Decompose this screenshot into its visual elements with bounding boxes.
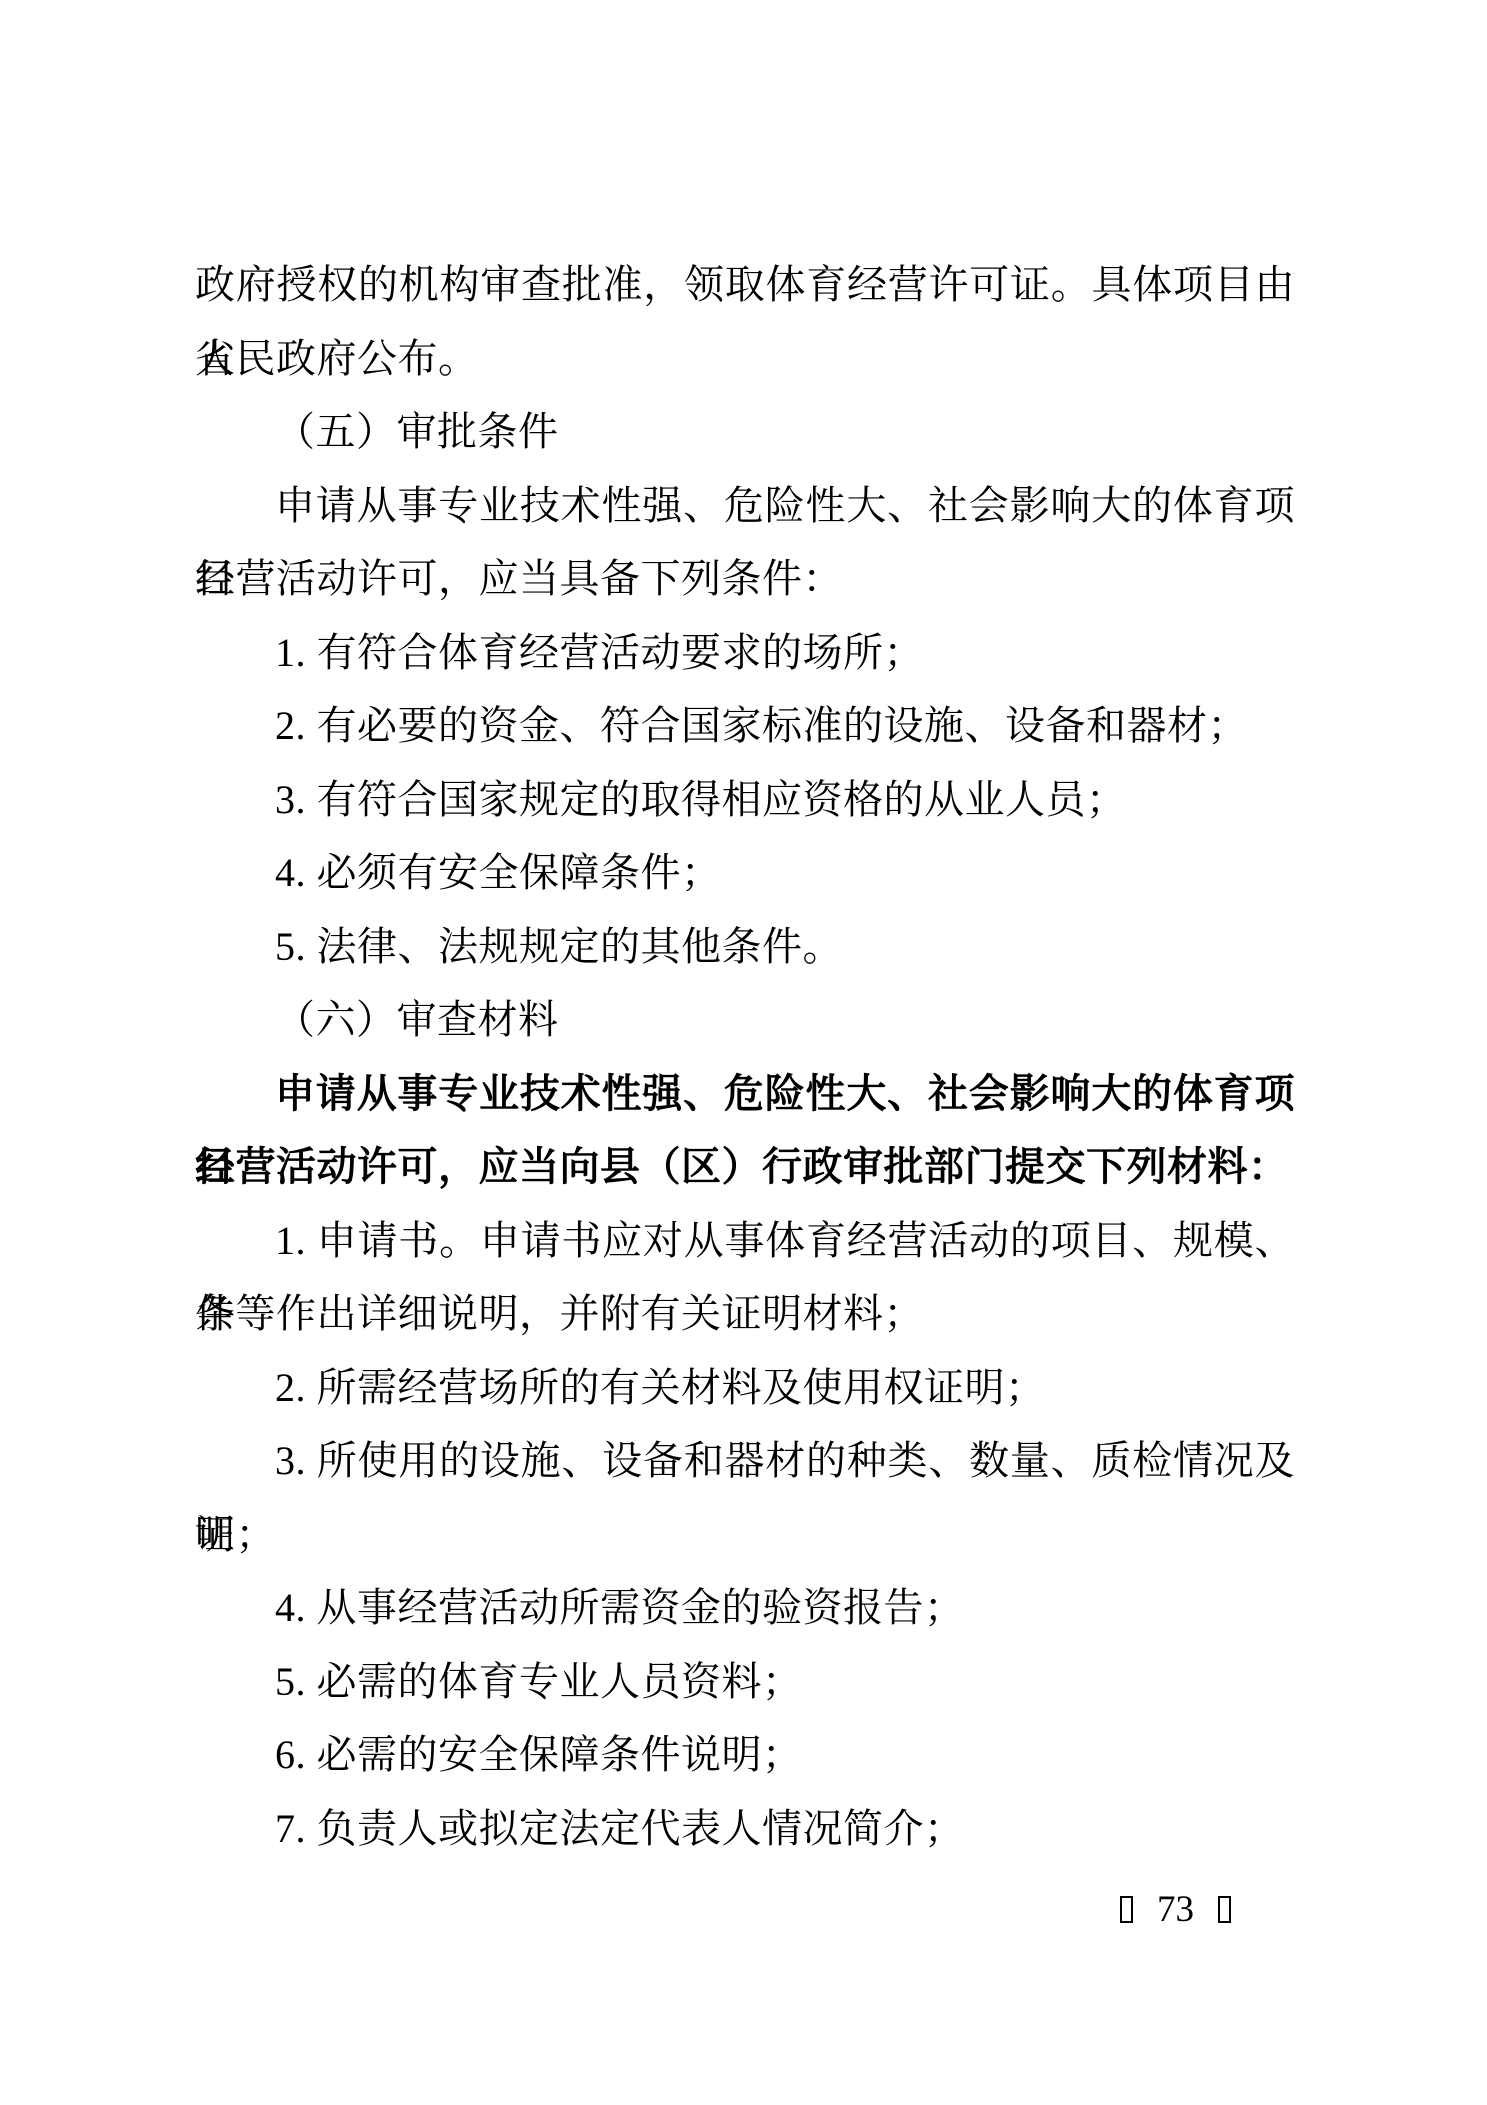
list-item: 1. 申请书。申请书应对从事体育经营活动的项目、规模、条 — [195, 1204, 1295, 1278]
paragraph-line: 经营活动许可，应当具备下列条件： — [195, 542, 1295, 616]
missing-glyph-box-icon — [1218, 1896, 1231, 1923]
document-page: 政府授权的机构审查批准，领取体育经营许可证。具体项目由省 人民政府公布。 （五）… — [0, 0, 1487, 2105]
list-item: 1. 有符合体育经营活动要求的场所； — [195, 616, 1295, 690]
section-heading-6: （六）审查材料 — [195, 983, 1295, 1057]
page-number: 73 — [1157, 1888, 1194, 1931]
paragraph-line-bold: 申请从事专业技术性强、危险性大、社会影响大的体育项目 — [195, 1057, 1295, 1131]
list-item-continuation: 件等作出详细说明，并附有关证明材料； — [195, 1277, 1295, 1351]
list-item: 3. 所使用的设施、设备和器材的种类、数量、质检情况及证 — [195, 1424, 1295, 1498]
paragraph-line: 人民政府公布。 — [195, 322, 1295, 396]
page-number-footer: 73 — [1120, 1888, 1231, 1931]
list-item-continuation: 明； — [195, 1498, 1295, 1572]
paragraph-line: 政府授权的机构审查批准，领取体育经营许可证。具体项目由省 — [195, 248, 1295, 322]
list-item: 7. 负责人或拟定法定代表人情况简介； — [195, 1792, 1295, 1866]
list-item: 5. 法律、法规规定的其他条件。 — [195, 910, 1295, 984]
list-item: 4. 必须有安全保障条件； — [195, 836, 1295, 910]
document-body: 政府授权的机构审查批准，领取体育经营许可证。具体项目由省 人民政府公布。 （五）… — [195, 248, 1295, 1865]
paragraph-line: 申请从事专业技术性强、危险性大、社会影响大的体育项目 — [195, 469, 1295, 543]
list-item: 4. 从事经营活动所需资金的验资报告； — [195, 1571, 1295, 1645]
missing-glyph-box-icon — [1120, 1896, 1133, 1923]
list-item: 2. 有必要的资金、符合国家标准的设施、设备和器材； — [195, 689, 1295, 763]
list-item: 5. 必需的体育专业人员资料； — [195, 1645, 1295, 1719]
list-item: 2. 所需经营场所的有关材料及使用权证明； — [195, 1351, 1295, 1425]
list-item: 6. 必需的安全保障条件说明； — [195, 1718, 1295, 1792]
section-heading-5: （五）审批条件 — [195, 395, 1295, 469]
paragraph-line-bold: 经营活动许可，应当向县（区）行政审批部门提交下列材料： — [195, 1130, 1295, 1204]
list-item: 3. 有符合国家规定的取得相应资格的从业人员； — [195, 763, 1295, 837]
